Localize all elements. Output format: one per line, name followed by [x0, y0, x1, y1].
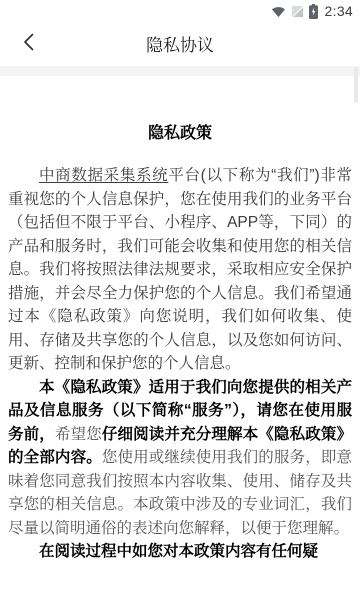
policy-paragraph-2: 本《隐私政策》适用于我们向您提供的相关产品及信息服务（以下简称“服务”），请您在…	[8, 376, 352, 541]
policy-paragraph-3: 在阅读过程中如您对本政策内容有任何疑	[8, 540, 352, 564]
status-bar: 2:34	[0, 0, 360, 22]
policy-paragraph-1: 中商数据采集系统平台(以下称为“我们”)非常重视您的个人信息保护，您在使用我们的…	[8, 164, 352, 376]
header: 隐私协议	[0, 22, 360, 64]
no-signal-icon	[291, 5, 304, 18]
app-screen: 2:34 隐私协议 隐私政策 中商数据采集系统平台(以下称为“我们”)非常重视您…	[0, 0, 360, 600]
policy-content: 隐私政策 中商数据采集系统平台(以下称为“我们”)非常重视您的个人信息保护，您在…	[0, 76, 360, 564]
scrollbar-thumb[interactable]	[354, 67, 358, 103]
paragraph-2-text-1: 希望您	[55, 426, 102, 443]
status-time: 2:34	[325, 3, 353, 19]
battery-charging-icon	[309, 4, 318, 19]
paragraph-3-bold: 在阅读过程中如您对本政策内容有任何疑	[39, 543, 318, 560]
paragraph-1-text: 平台(以下称为“我们”)非常重视您的个人信息保护，您在使用我们的业务平台（包括但…	[8, 167, 352, 372]
back-button[interactable]	[8, 22, 48, 64]
wifi-icon	[271, 5, 286, 18]
header-divider	[0, 66, 360, 76]
policy-title: 隐私政策	[8, 122, 352, 146]
platform-name-underlined: 中商数据采集系统	[39, 167, 168, 184]
page-title: 隐私协议	[146, 31, 214, 56]
back-chevron-icon	[23, 33, 34, 54]
